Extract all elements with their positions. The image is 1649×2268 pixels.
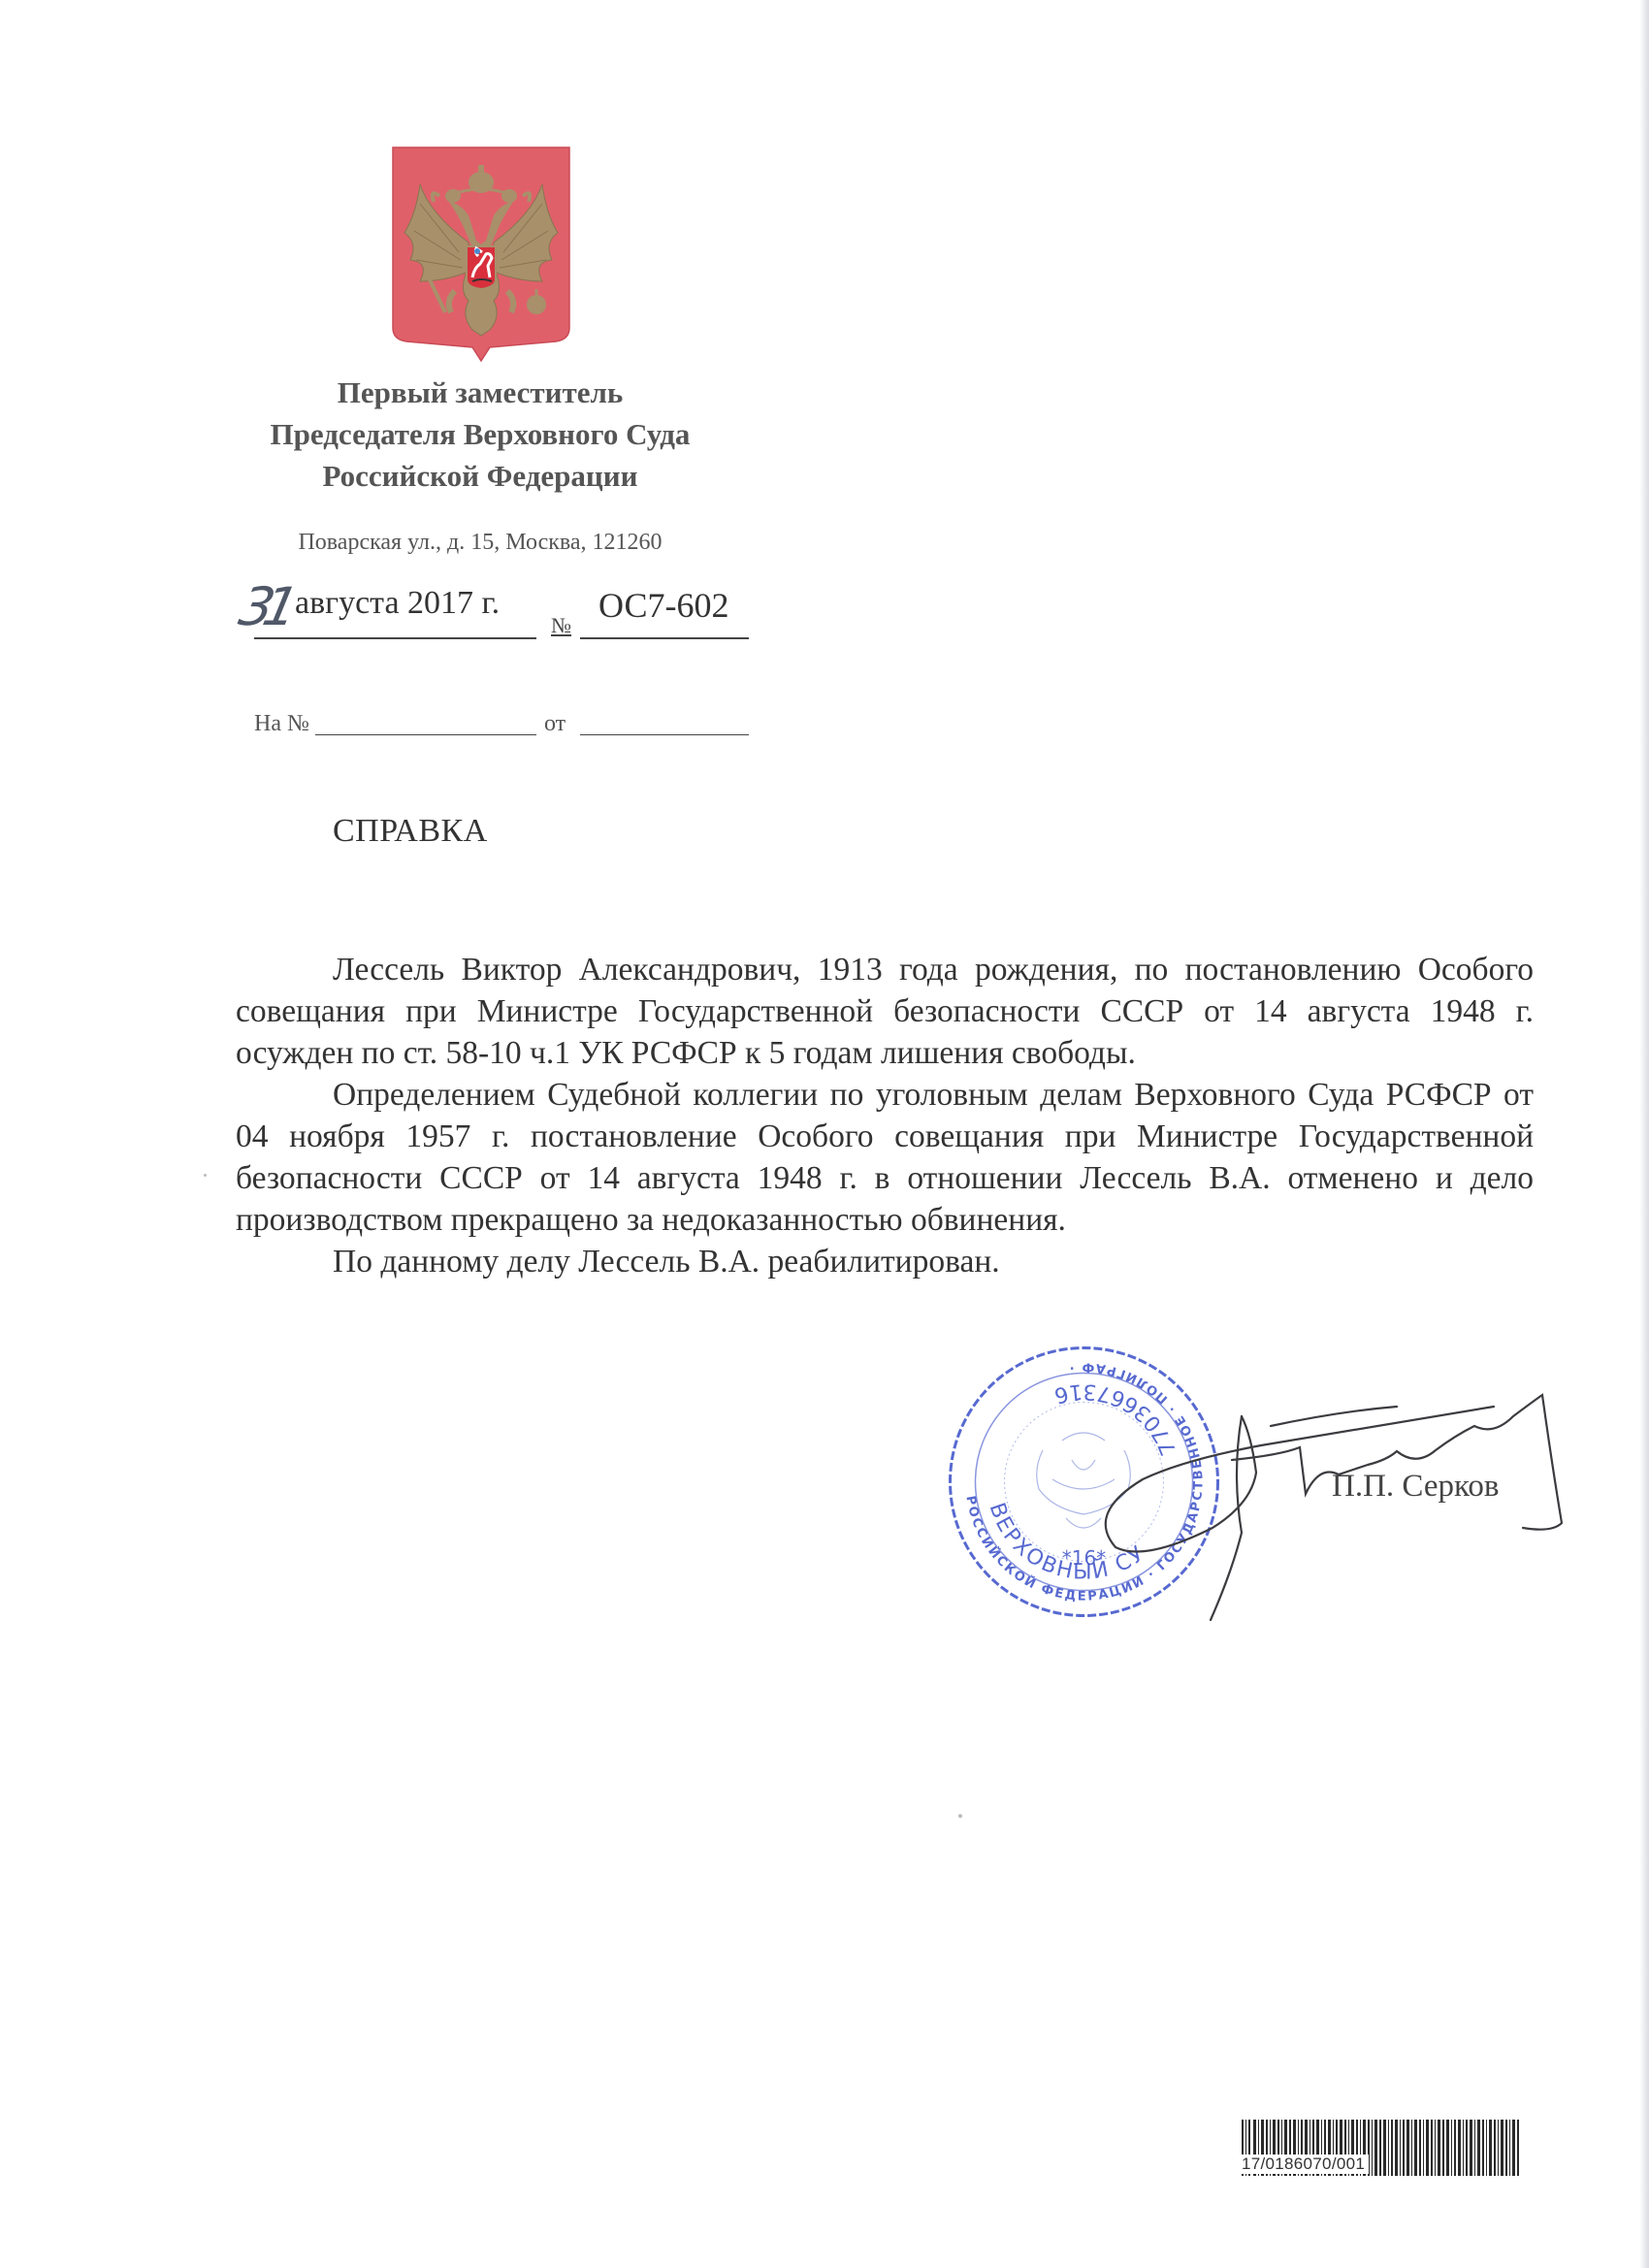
letterhead-address: Поварская ул., д. 15, Москва, 121260 (194, 530, 766, 556)
number-sign: № (551, 613, 571, 638)
letterhead-title: Первый заместитель Председателя Верховно… (194, 372, 766, 497)
outgoing-number: ОС7-602 (598, 585, 728, 626)
outgoing-date: августа 2017 г. (295, 585, 500, 622)
body-paragraph: Определением Судебной коллегии по уголов… (236, 1074, 1534, 1241)
barcode-label: 17/0186070/001 (1242, 2155, 1369, 2174)
scan-edge (1639, 0, 1649, 2268)
document-title: СПРАВКА (333, 813, 488, 850)
reference-date-field (580, 734, 749, 735)
letterhead-line: Председателя Верховного Суда (194, 413, 766, 455)
reference-number-label: На № (254, 711, 309, 737)
letterhead-line: Российской Федерации (194, 455, 766, 497)
number-underline (580, 637, 749, 639)
handwritten-signature (1086, 1358, 1630, 1630)
reference-date-label: от (544, 711, 566, 737)
handwritten-day: 31 (234, 576, 294, 637)
body-paragraph: Лессель Виктор Александрович, 1913 года … (236, 949, 1534, 1074)
scan-speck (958, 1814, 962, 1818)
scan-speck (204, 1174, 207, 1177)
date-underline (254, 637, 536, 639)
coat-of-arms-icon (391, 146, 571, 363)
letterhead-line: Первый заместитель (194, 372, 766, 413)
reference-number-field (315, 734, 536, 735)
body-paragraph: По данному делу Лессель В.А. реабилитиро… (236, 1241, 1534, 1282)
document-body: Лессель Виктор Александрович, 1913 года … (236, 949, 1534, 1282)
